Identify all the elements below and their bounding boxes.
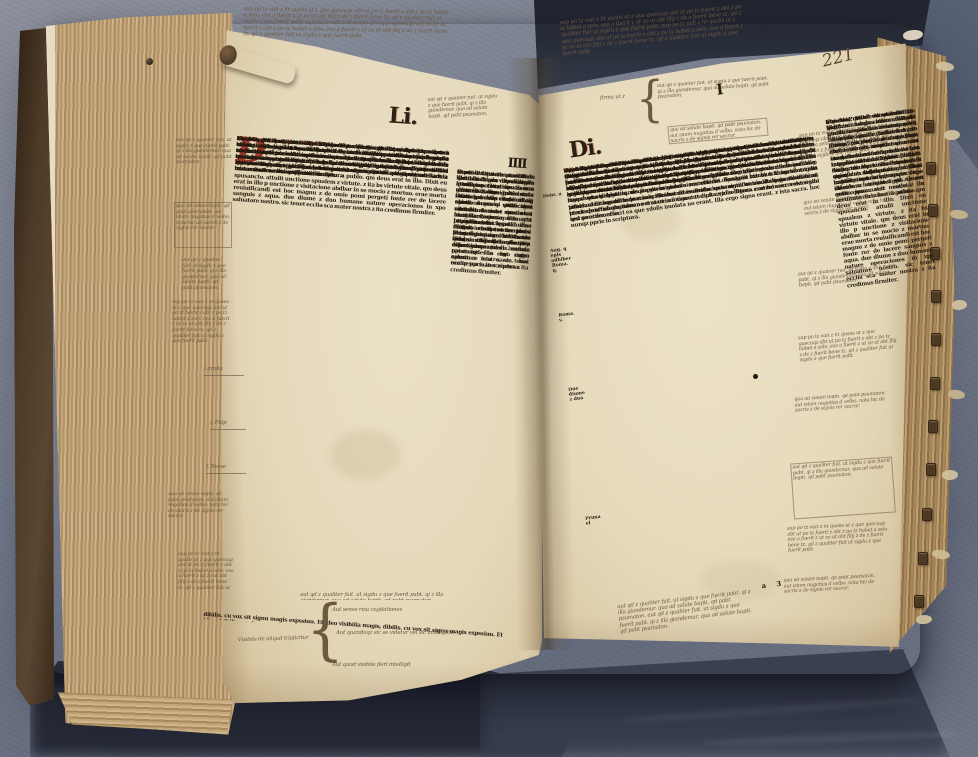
marginal-keyword: i gradu (204, 366, 244, 376)
right-page-text-block: Di. I Hebr. u Aug. q epls adhibere. Roma… (548, 51, 978, 646)
handwritten-note: firma ut z (600, 94, 625, 102)
chapter-numeral-left: IIII (507, 157, 526, 171)
handwritten-note: i gradu (204, 366, 223, 372)
marginal-note: qua ad salute bapti. qd pabt psumaton. a… (803, 191, 901, 262)
handwritten-note: f. Besse (206, 464, 226, 470)
margin-gloss: Due diume z dua (568, 385, 590, 403)
margin-gloss: Aug. q epls adhibere. Roma. q. (550, 246, 573, 274)
handwritten-note: qua ad salute bapti. qd pabt psumaton. a… (168, 492, 230, 520)
handwritten-note: Aut quod visibile fieri intelligit (332, 662, 411, 668)
marginal-note: sup po tz vult z ht qualis ut z que quec… (172, 300, 230, 344)
handwritten-note: sup po tz vult z ht qualis ut z que quec… (172, 300, 230, 344)
index-tab (926, 162, 936, 175)
left-column-1: a publo. qm deus erat in illo. Dixit eu … (204, 136, 449, 622)
signature-mark: a 3 (761, 579, 786, 589)
handwritten-note: aut qd z qualiter fuit. ut sigdu z que f… (182, 258, 230, 292)
brace-diagram-line: Aut sense risu cogitationes (332, 607, 482, 615)
handwritten-note: aut qd z qualiter fuit. ut sigdu z que f… (792, 459, 892, 483)
marginal-note: aut qd z qualiter fuit. ut sigdu z que f… (182, 258, 230, 292)
photo-of-open-incunabulum: Li. IIII a publo. qm deus erat in illo. … (0, 0, 978, 757)
marginal-note: qua ad salute bapti. qd pabt psumaton. a… (168, 492, 230, 546)
print-text: sicut fuerut sacrificia carnalia. leges … (450, 169, 535, 272)
marginal-note: sup po tz vult z ht qualis ut z que quec… (799, 122, 901, 191)
handwritten-note: sup po tz vult z ht qualis ut z que quec… (178, 552, 234, 590)
marginal-note: aut qd z qualiter fuit. ut sigdu z que f… (176, 138, 232, 194)
handwritten-note: Aut sense risu cogitationes (332, 607, 402, 613)
marginal-keyword: f. Besse (206, 464, 246, 474)
handwritten-note: aut qd z qualiter fuit. ut sigdu z que f… (176, 138, 232, 166)
print-text: a publo. qm deus erat in illo. Dixit eu … (232, 136, 449, 218)
handwritten-note: aut qd z qualiter fuit. ut sigdu z que f… (427, 94, 498, 120)
handwritten-note: Aut quandoqz sic se videtur vel sic inte… (336, 630, 455, 636)
brace-diagram-label: Visibile de aliqud triplicitur (238, 635, 311, 659)
handwritten-note: qua ad salute bapti. qd pabt psumaton. a… (176, 204, 231, 232)
marginal-keyword: f. Pulp (210, 420, 246, 430)
handwritten-note: f. Pulp (210, 420, 226, 426)
marginal-note: aut qd z qualiter fuit. ut sigdu z que f… (427, 94, 498, 122)
marginal-note: sup po tz vult z ht qualis ut z que quec… (798, 328, 900, 390)
marginal-note: qua ad salute bapti. qd pabt psumaton. a… (794, 391, 898, 456)
boxed-marginal-note: aut qd z qualiter fuit. ut sigdu z que f… (790, 457, 896, 520)
leather-cover-edge (14, 24, 54, 706)
handwritten-note: sup po tz vult z ht qualis ut z que quec… (787, 521, 890, 554)
handwritten-note: Visibile de aliqud triplicitur (238, 635, 309, 644)
running-head-left: Li. (388, 104, 418, 128)
brace-diagram-line: Aut quod visibile fieri intelligit (332, 662, 482, 670)
brace-diagram-line: Aut quandoqz sic se videtur vel sic inte… (336, 630, 466, 645)
marginal-note: qua ad salute bapti. qd pabt psumaton. a… (783, 573, 885, 610)
handwritten-note: aut qd z qualiter fuit. ut sigdu z que f… (617, 589, 755, 635)
index-tab (924, 120, 934, 133)
handwritten-note: sup po tz vult z ht qualis ut z que quec… (243, 6, 449, 41)
marginal-note: aut qd z qualiter fuit. ut sigdu z que f… (798, 264, 903, 329)
clasp-pin (146, 58, 153, 65)
left-page-text-block: Li. IIII a publo. qm deus erat in illo. … (201, 92, 540, 678)
boxed-marginal-note: qua ad salute bapti. qd pabt psumaton. a… (174, 202, 232, 248)
index-tab (928, 204, 938, 217)
marginal-note: sup po tz vult z ht qualis ut z que quec… (787, 521, 891, 572)
running-head-right: Di. (568, 136, 603, 162)
marginal-note: sup po tz vult z ht qualis ut z que quec… (178, 552, 234, 590)
